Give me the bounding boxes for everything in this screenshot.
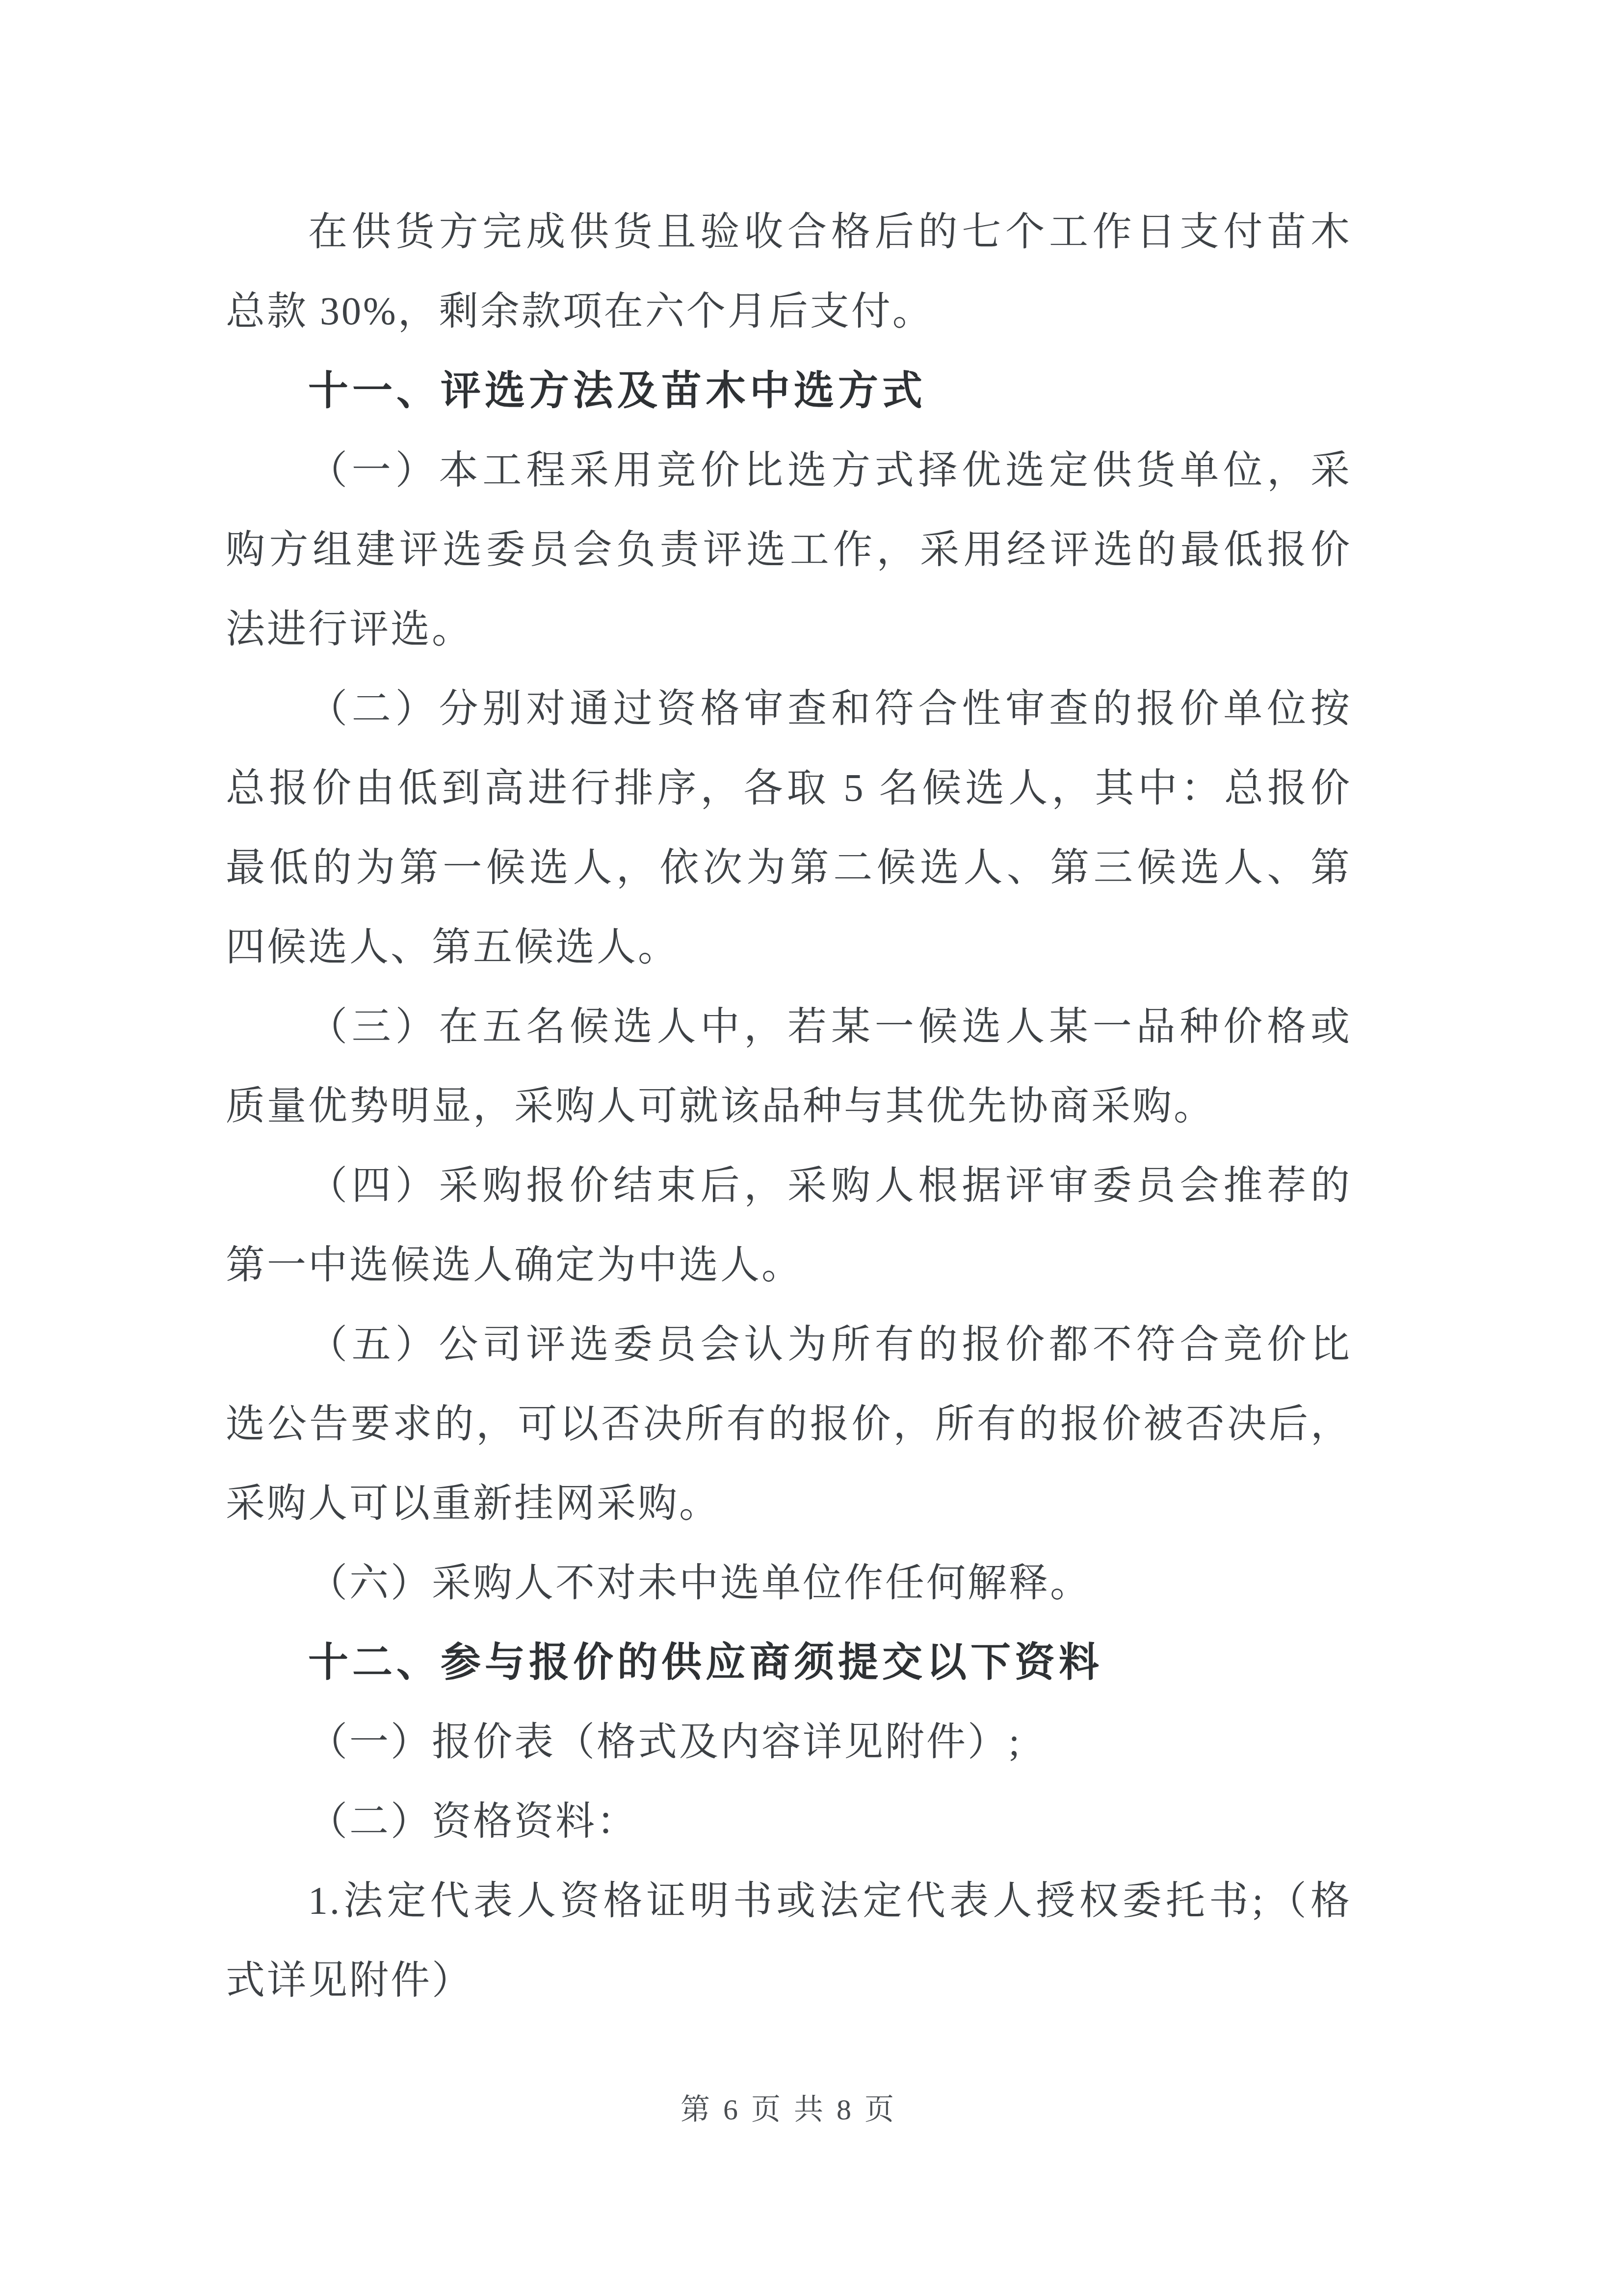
para-line: （一）本工程采用竞价比选方式择优选定供货单位，采	[226, 431, 1352, 510]
document-body: 在供货方完成供货且验收合格后的七个工作日支付苗木 总款 30%，剩余款项在六个月…	[226, 192, 1352, 2134]
para-line: 最低的为第一候选人，依次为第二候选人、第三候选人、第	[226, 828, 1352, 908]
para-line: （二）分别对通过资格审查和符合性审查的报价单位按	[226, 669, 1352, 749]
para-line: （五）公司评选委员会认为所有的报价都不符合竞价比	[226, 1305, 1352, 1384]
para-line: 总报价由低到高进行排序，各取 5 名候选人，其中：总报价	[226, 749, 1352, 828]
para-line: 在供货方完成供货且验收合格后的七个工作日支付苗木	[226, 192, 1352, 272]
scanned-document-page: 在供货方完成供货且验收合格后的七个工作日支付苗木 总款 30%，剩余款项在六个月…	[0, 0, 1624, 2296]
para-line: 1.法定代表人资格证明书或法定代表人授权委托书;（格	[226, 1861, 1352, 1941]
para-line: 第一中选候选人确定为中选人。	[226, 1226, 1352, 1305]
para-line: 式详见附件）	[226, 1941, 1352, 2020]
para-line: （四）采购报价结束后，采购人根据评审委员会推荐的	[226, 1146, 1352, 1226]
para-line: 四候选人、第五候选人。	[226, 908, 1352, 987]
page-footer: 第 6 页 共 8 页	[226, 2085, 1352, 2134]
para-line: 购方组建评选委员会负责评选工作，采用经评选的最低报价	[226, 510, 1352, 590]
para-line: 总款 30%，剩余款项在六个月后支付。	[226, 272, 1352, 351]
para-line: 选公告要求的，可以否决所有的报价，所有的报价被否决后，	[226, 1384, 1352, 1464]
para-line: （二）资格资料：	[226, 1782, 1352, 1861]
para-line: 采购人可以重新挂网采购。	[226, 1464, 1352, 1543]
para-line: （三）在五名候选人中，若某一候选人某一品种价格或	[226, 987, 1352, 1067]
para-line: 法进行评选。	[226, 590, 1352, 669]
para-line: 质量优势明显，采购人可就该品种与其优先协商采购。	[226, 1067, 1352, 1146]
para-line: （六）采购人不对未中选单位作任何解释。	[226, 1543, 1352, 1623]
para-line: （一）报价表（格式及内容详见附件）;	[226, 1702, 1352, 1782]
section-heading-11: 十一、评选方法及苗木中选方式	[226, 351, 1352, 431]
section-heading-12: 十二、参与报价的供应商须提交以下资料	[226, 1623, 1352, 1702]
